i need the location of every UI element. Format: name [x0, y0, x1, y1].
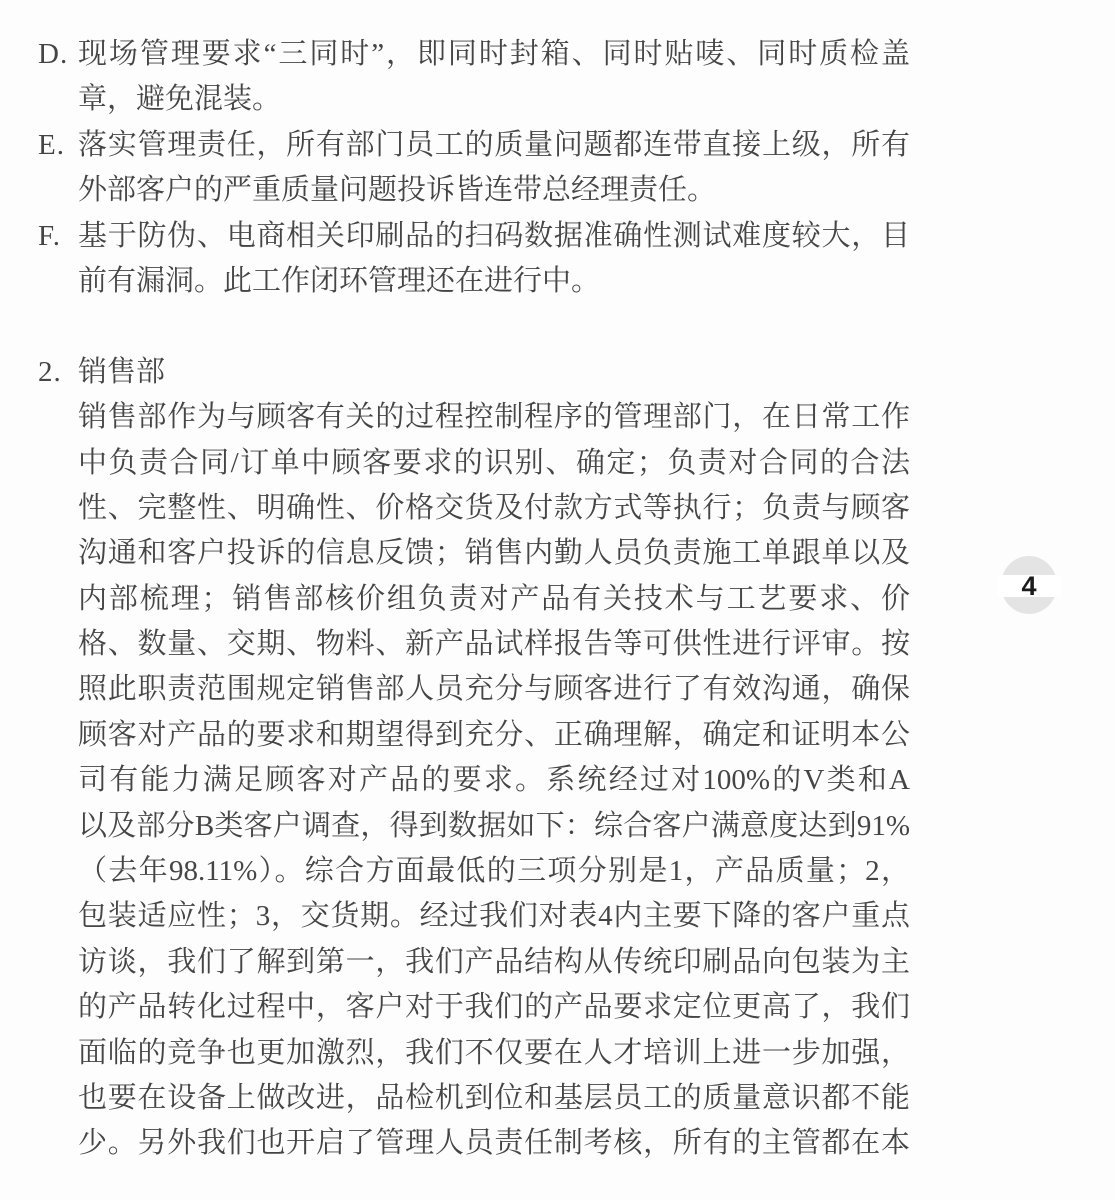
text-line: 中负责合同/订单中顾客要求的识别、确定；负责对合同的合法: [78, 441, 910, 486]
text-row: 2.销售部: [38, 350, 910, 395]
text-row: 格、数量、交期、物料、新产品试样报告等可供性进行评审。按: [38, 622, 910, 667]
list-marker-spacer: [38, 758, 78, 803]
page-number-badge: 4: [1001, 556, 1057, 614]
text-line: 包装适应性；3，交货期。经过我们对表4内主要下降的客户重点: [78, 894, 910, 939]
text-row: 中负责合同/订单中顾客要求的识别、确定；负责对合同的合法: [38, 441, 910, 486]
text-line: 销售部作为与顾客有关的过程控制程序的管理部门，在日常工作: [78, 395, 910, 440]
document-body: D.现场管理要求“三同时”，即同时封箱、同时贴唛、同时质检盖章，避免混装。E.落…: [38, 32, 910, 1167]
list-marker-spacer: [38, 622, 78, 667]
text-line: 销售部: [78, 350, 910, 395]
list-marker: 2.: [38, 350, 78, 395]
list-marker-spacer: [38, 531, 78, 576]
list-marker-spacer: [38, 577, 78, 622]
list-marker-spacer: [38, 940, 78, 985]
text-row: 少。另外我们也开启了管理人员责任制考核，所有的主管都在本: [38, 1121, 910, 1166]
text-line: 格、数量、交期、物料、新产品试样报告等可供性进行评审。按: [78, 622, 910, 667]
text-line: 沟通和客户投诉的信息反馈；销售内勤人员负责施工单跟单以及: [78, 531, 910, 576]
text-row: 性、完整性、明确性、价格交货及付款方式等执行；负责与顾客: [38, 486, 910, 531]
list-marker-spacer: [38, 1076, 78, 1121]
text-row: 司有能力满足顾客对产品的要求。系统经过对100%的V类和A类、: [38, 758, 910, 803]
text-row: 面临的竞争也更加激烈，我们不仅要在人才培训上进一步加强，: [38, 1031, 910, 1076]
list-marker-spacer: [38, 849, 78, 894]
text-row: 销售部作为与顾客有关的过程控制程序的管理部门，在日常工作: [38, 395, 910, 440]
page-number: 4: [1021, 573, 1036, 600]
list-marker-spacer: [38, 713, 78, 758]
text-row: 也要在设备上做改进，品检机到位和基层员工的质量意识都不能: [38, 1076, 910, 1121]
list-marker-spacer: [38, 259, 78, 304]
list-marker-spacer: [38, 985, 78, 1030]
text-row: 外部客户的严重质量问题投诉皆连带总经理责任。: [38, 168, 910, 213]
text-line: 内部梳理；销售部核价组负责对产品有关技术与工艺要求、价: [78, 577, 910, 622]
text-line: 外部客户的严重质量问题投诉皆连带总经理责任。: [78, 168, 910, 213]
list-marker: F.: [38, 214, 78, 259]
list-marker-spacer: [38, 486, 78, 531]
text-line: 章，避免混装。: [78, 77, 910, 122]
list-marker-spacer: [38, 77, 78, 122]
text-line: 落实管理责任，所有部门员工的质量问题都连带直接上级，所有: [78, 123, 910, 168]
text-line: 现场管理要求“三同时”，即同时封箱、同时贴唛、同时质检盖: [78, 32, 910, 77]
page-number-band: 4: [997, 575, 1061, 597]
text-line: 访谈，我们了解到第一，我们产品结构从传统印刷品向包装为主: [78, 940, 910, 985]
text-row: F.基于防伪、电商相关印刷品的扫码数据准确性测试难度较大，目: [38, 214, 910, 259]
text-line: 照此职责范围规定销售部人员充分与顾客进行了有效沟通，确保: [78, 667, 910, 712]
list-marker-spacer: [38, 168, 78, 213]
list-marker-spacer: [38, 894, 78, 939]
text-line: 前有漏洞。此工作闭环管理还在进行中。: [78, 259, 910, 304]
list-marker: E.: [38, 123, 78, 168]
text-row: 包装适应性；3，交货期。经过我们对表4内主要下降的客户重点: [38, 894, 910, 939]
text-row: 沟通和客户投诉的信息反馈；销售内勤人员负责施工单跟单以及: [38, 531, 910, 576]
text-line: 基于防伪、电商相关印刷品的扫码数据准确性测试难度较大，目: [78, 214, 910, 259]
text-row: 访谈，我们了解到第一，我们产品结构从传统印刷品向包装为主: [38, 940, 910, 985]
text-line: （去年98.11%）。综合方面最低的三项分别是1，产品质量；2，: [78, 849, 910, 894]
text-row: 照此职责范围规定销售部人员充分与顾客进行了有效沟通，确保: [38, 667, 910, 712]
list-marker-spacer: [38, 441, 78, 486]
list-marker: D.: [38, 32, 78, 77]
document-page: D.现场管理要求“三同时”，即同时封箱、同时贴唛、同时质检盖章，避免混装。E.落…: [0, 0, 1115, 1200]
list-marker-spacer: [38, 804, 78, 849]
text-line: 面临的竞争也更加激烈，我们不仅要在人才培训上进一步加强，: [78, 1031, 910, 1076]
text-line: 性、完整性、明确性、价格交货及付款方式等执行；负责与顾客: [78, 486, 910, 531]
text-line: 以及部分B类客户调查，得到数据如下：综合客户满意度达到91%: [78, 804, 910, 849]
text-row: 前有漏洞。此工作闭环管理还在进行中。: [38, 259, 910, 304]
text-row: 的产品转化过程中，客户对于我们的产品要求定位更高了，我们: [38, 985, 910, 1030]
text-line: 少。另外我们也开启了管理人员责任制考核，所有的主管都在本: [78, 1121, 910, 1166]
text-row: （去年98.11%）。综合方面最低的三项分别是1，产品质量；2，: [38, 849, 910, 894]
blank-line: [38, 304, 910, 349]
text-row: E.落实管理责任，所有部门员工的质量问题都连带直接上级，所有: [38, 123, 910, 168]
text-line: 也要在设备上做改进，品检机到位和基层员工的质量意识都不能: [78, 1076, 910, 1121]
text-row: 以及部分B类客户调查，得到数据如下：综合客户满意度达到91%: [38, 804, 910, 849]
text-row: 内部梳理；销售部核价组负责对产品有关技术与工艺要求、价: [38, 577, 910, 622]
text-row: 章，避免混装。: [38, 77, 910, 122]
list-marker-spacer: [38, 667, 78, 712]
text-row: D.现场管理要求“三同时”，即同时封箱、同时贴唛、同时质检盖: [38, 32, 910, 77]
list-marker-spacer: [38, 395, 78, 440]
list-marker-spacer: [38, 1031, 78, 1076]
text-line: 顾客对产品的要求和期望得到充分、正确理解，确定和证明本公: [78, 713, 910, 758]
list-marker-spacer: [38, 1121, 78, 1166]
text-line: 的产品转化过程中，客户对于我们的产品要求定位更高了，我们: [78, 985, 910, 1030]
text-line: 司有能力满足顾客对产品的要求。系统经过对100%的V类和A类、: [78, 758, 910, 803]
text-row: 顾客对产品的要求和期望得到充分、正确理解，确定和证明本公: [38, 713, 910, 758]
